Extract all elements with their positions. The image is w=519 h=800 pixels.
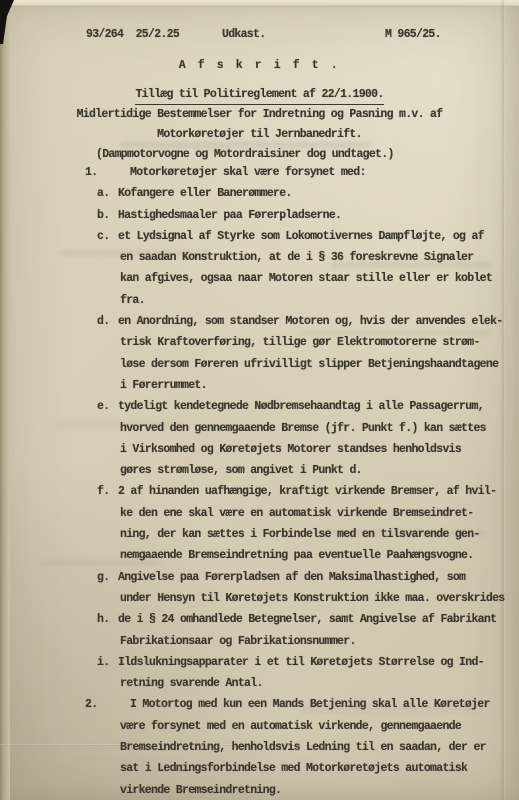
line-text: retning svarende Antal. [120, 677, 263, 690]
journal-number-and-date: 93/264 25/2.25 [86, 28, 179, 41]
document-page: 93/264 25/2.25 Udkast. M 965/25. A f s k… [0, 0, 519, 800]
line-text: 2 af hinanden uafhængige, kraftigt virke… [118, 485, 496, 498]
list-marker: d. [97, 315, 109, 328]
list-marker: g. [97, 571, 109, 584]
text-line: en saadan Konstruktion, at de i § 36 for… [0, 251, 519, 272]
list-marker: b. [97, 209, 109, 222]
text-line: løse dersom Føreren ufrivilligt slipper … [0, 358, 519, 379]
line-text: kan afgives, ogsaa naar Motoren staar st… [120, 272, 492, 285]
line-text: trisk Kraftoverføring, tillige gør Elekt… [120, 336, 480, 349]
line-text: være forsynet med en automatisk virkende… [120, 720, 461, 733]
line-text: ke den ene skal være en automatisk virke… [120, 507, 473, 520]
line-text: fra. [120, 294, 145, 307]
line-text: nemgaaende Bremseindretning paa eventuel… [120, 549, 473, 562]
text-line: sat i Ledningsforbindelse med Motorkøret… [0, 762, 519, 783]
line-text: Motorkøretøjer skal være forsynet med: [130, 166, 366, 179]
text-line: være forsynet med en automatisk virkende… [0, 720, 519, 741]
subtitle-line-2: Motorkøretøjer til Jernbanedrift. [0, 128, 519, 141]
text-line: under Hensyn til Køretøjets Konstruktion… [0, 592, 519, 613]
list-marker: h. [97, 613, 109, 626]
line-text: Kofangere eller Banerømmere. [118, 187, 292, 200]
list-marker: e. [97, 400, 109, 413]
line-text: hvorved den gennemgaaende Bremse (jfr. P… [120, 422, 486, 435]
list-marker: 1. [85, 166, 97, 179]
photo-background: 93/264 25/2.25 Udkast. M 965/25. A f s k… [0, 0, 519, 800]
text-line: 1.Motorkøretøjer skal være forsynet med: [0, 166, 519, 187]
line-text: Fabrikationsaar og Fabrikationsnummer. [120, 635, 356, 648]
text-line: nemgaaende Bremseindretning paa eventuel… [0, 549, 519, 570]
line-text: i Virksomhed og Køretøjets Motorer stand… [120, 443, 461, 456]
text-line: ning, der kan sættes i Forbindelse med e… [0, 528, 519, 549]
line-text: Hastighedsmaaler paa Førerpladserne. [118, 209, 341, 222]
text-line: kan afgives, ogsaa naar Motoren staar st… [0, 272, 519, 293]
text-line: i.Ildslukningsapparater i et til Køretøj… [0, 656, 519, 677]
line-text: løse dersom Føreren ufrivilligt slipper … [120, 358, 498, 371]
list-marker: i. [97, 656, 109, 669]
text-line: gøres strømløse, som angivet i Punkt d. [0, 464, 519, 485]
text-line: ke den ene skal være en automatisk virke… [0, 507, 519, 528]
line-text: Bremseindretning, henholdsvis Ledning ti… [120, 741, 486, 754]
line-text: de i § 24 omhandlede Betegnelser, samt A… [118, 613, 496, 626]
subtitle-line-1: Midlertidige Bestemmelser for Indretning… [0, 108, 519, 121]
document-header: 93/264 25/2.25 Udkast. M 965/25. [0, 28, 519, 44]
text-line: i Virksomhed og Køretøjets Motorer stand… [0, 443, 519, 464]
text-line: a.Kofangere eller Banerømmere. [0, 187, 519, 208]
line-text: et Lydsignal af Styrke som Lokomotiverne… [118, 230, 484, 243]
text-line: b.Hastighedsmaaler paa Førerpladserne. [0, 209, 519, 230]
line-text: en saadan Konstruktion, at de i § 36 for… [120, 251, 473, 264]
text-line: Fabrikationsaar og Fabrikationsnummer. [0, 635, 519, 656]
file-reference: M 965/25. [385, 28, 441, 41]
supplement-title: Tillæg til Politireglement af 22/1.1900. [0, 84, 519, 102]
draft-label: Udkast. [222, 28, 265, 41]
text-line: c.et Lydsignal af Styrke som Lokomotiver… [0, 230, 519, 251]
text-line: hvorved den gennemgaaende Bremse (jfr. P… [0, 422, 519, 443]
list-marker: 2. [85, 698, 97, 711]
line-text: gøres strømløse, som angivet i Punkt d. [120, 464, 362, 477]
line-text: Ildslukningsapparater i et til Køretøjet… [118, 656, 484, 669]
line-text: ning, der kan sættes i Forbindelse med e… [120, 528, 480, 541]
text-line: e.tydeligt kendetegnede Nødbremsehaandta… [0, 400, 519, 421]
list-marker: c. [97, 230, 109, 243]
text-line: i Førerrummet. [0, 379, 519, 400]
text-line: g.Angivelse paa Førerpladsen af den Maks… [0, 571, 519, 592]
document-body: 1.Motorkøretøjer skal være forsynet med:… [0, 166, 519, 800]
text-line: h.de i § 24 omhandlede Betegnelser, samt… [0, 613, 519, 634]
supplement-title-text: Tillæg til Politireglement af 22/1.1900. [135, 88, 383, 105]
text-line: fra. [0, 294, 519, 315]
list-marker: a. [97, 187, 109, 200]
line-text: I Motortog med kun een Mands Betjening s… [130, 698, 490, 711]
text-line: trisk Kraftoverføring, tillige gør Elekt… [0, 336, 519, 357]
list-marker: f. [97, 485, 109, 498]
exception-note: (Dampmotorvogne og Motordraisiner dog un… [96, 148, 394, 161]
text-line: f.2 af hinanden uafhængige, kraftigt vir… [0, 485, 519, 506]
text-line: retning svarende Antal. [0, 677, 519, 698]
text-line: virkende Bremseindretning. [0, 784, 519, 800]
text-line: Bremseindretning, henholdsvis Ledning ti… [0, 741, 519, 762]
line-text: under Hensyn til Køretøjets Konstruktion… [120, 592, 504, 605]
line-text: sat i Ledningsforbindelse med Motorkøret… [120, 762, 467, 775]
line-text: virkende Bremseindretning. [120, 784, 281, 797]
line-text: en Anordning, som standser Motoren og, h… [118, 315, 502, 328]
page-top-edge [0, 0, 519, 7]
copy-heading: A f s k r i f t . [0, 59, 519, 72]
line-text: i Førerrummet. [120, 379, 207, 392]
line-text: Angivelse paa Førerpladsen af den Maksim… [118, 571, 465, 584]
text-line: 2.I Motortog med kun een Mands Betjening… [0, 698, 519, 719]
line-text: tydeligt kendetegnede Nødbremsehaandtag … [118, 400, 484, 413]
text-line: d.en Anordning, som standser Motoren og,… [0, 315, 519, 336]
